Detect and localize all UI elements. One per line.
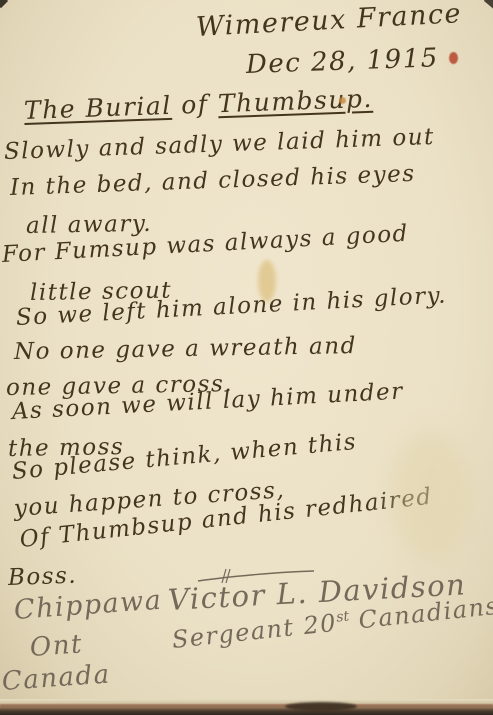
signature-town: Chippawa — [13, 587, 163, 624]
paper-stain-red — [449, 52, 458, 64]
page-bottom-edge — [0, 699, 493, 715]
signature-country: Canada — [1, 661, 111, 695]
page-bottom-edge-line — [0, 704, 493, 707]
title-underlined-part2: Thumbsup. — [217, 84, 373, 118]
page-corner-mark-top-right — [484, 0, 493, 9]
poem-line: Slowly and sadly we laid him out — [4, 126, 436, 164]
poem-line: Boss. — [8, 565, 78, 590]
scanned-page: Wimereux France Dec 28, 1915 The Burial … — [0, 0, 493, 715]
title-underlined-part1: The Burial — [23, 91, 172, 125]
header-date: Dec 28, 1915 — [246, 45, 440, 78]
page-bottom-edge-smudge — [285, 702, 357, 711]
signature-province: Ont — [29, 631, 84, 661]
page-corner-mark-top-left — [0, 0, 8, 8]
poem-title: The Burial of Thumbsup. — [24, 86, 374, 123]
header-place: Wimereux France — [195, 0, 462, 41]
poem-line: In the bed, and closed his eyes — [10, 163, 416, 200]
title-plain-part: of — [171, 89, 218, 120]
poem-line: No one gave a wreath and — [14, 335, 357, 364]
